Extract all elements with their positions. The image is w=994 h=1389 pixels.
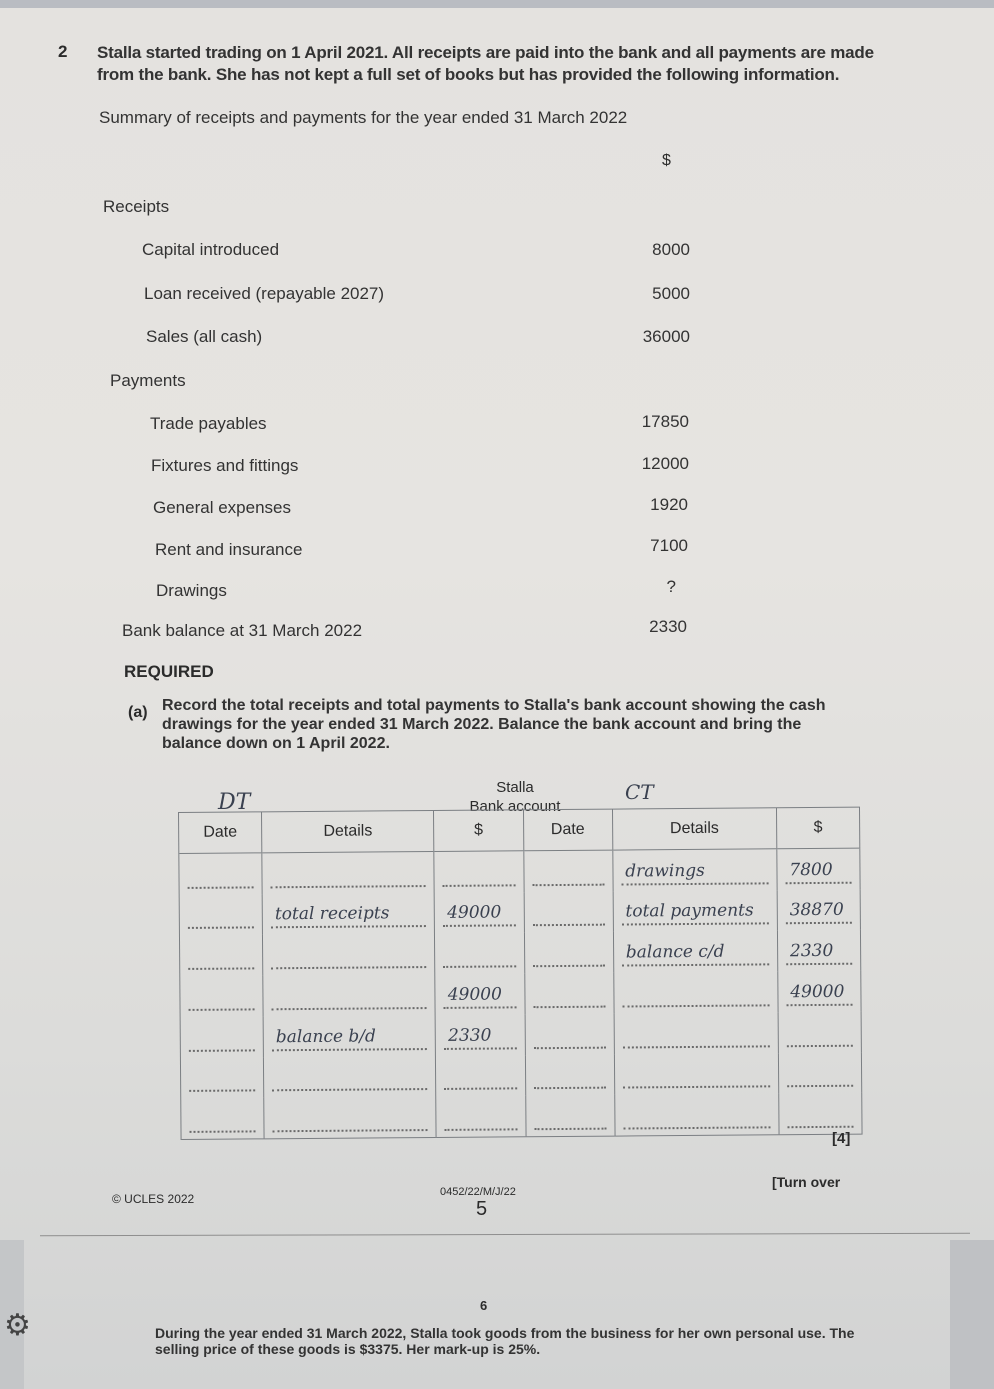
- debit-amount-cell[interactable]: [436, 1095, 525, 1137]
- marks-label: [4]: [832, 1130, 850, 1147]
- debit-details-entry: total receipts: [275, 904, 390, 925]
- debit-details-cell[interactable]: [264, 1096, 437, 1139]
- debit-details-cell[interactable]: balance b/d: [263, 1015, 436, 1057]
- credit-amount-entry: 49000: [790, 982, 844, 1002]
- dotted-answer-line: [533, 1024, 605, 1049]
- header-debit-details: Details: [262, 810, 435, 852]
- dotted-answer-line: 2330: [786, 941, 852, 966]
- receipt-label: Loan received (repayable 2027): [144, 284, 384, 304]
- dotted-answer-line: [443, 862, 515, 887]
- dotted-answer-line: 7800: [785, 859, 851, 884]
- payments-heading: Payments: [110, 371, 186, 391]
- payment-label: Rent and insurance: [155, 540, 302, 560]
- credit-details-cell[interactable]: [614, 1093, 778, 1136]
- dotted-answer-line: [187, 864, 253, 889]
- debit-date-cell[interactable]: [179, 935, 262, 976]
- payment-label: Drawings: [156, 581, 227, 601]
- ledger-row: drawings7800: [179, 848, 860, 895]
- dotted-answer-line: 49000: [786, 982, 852, 1007]
- header-credit-date: Date: [523, 809, 612, 851]
- payment-value: 7100: [598, 536, 688, 556]
- dotted-answer-line: [271, 985, 426, 1010]
- credit-date-cell[interactable]: [524, 891, 613, 932]
- credit-amount-entry: 2330: [790, 941, 833, 961]
- dotted-answer-line: [533, 943, 605, 968]
- part-a-text: Record the total receipts and total paym…: [162, 696, 862, 753]
- credit-date-cell[interactable]: [525, 1095, 614, 1137]
- credit-amount-cell[interactable]: [778, 1011, 861, 1052]
- payment-label: General expenses: [153, 498, 291, 518]
- credit-amount-cell[interactable]: 49000: [778, 971, 861, 1012]
- ledger-row: [180, 1052, 861, 1098]
- question-number: 2: [58, 42, 67, 62]
- credit-date-cell[interactable]: [523, 850, 612, 892]
- receipt-value: 36000: [600, 327, 690, 347]
- dotted-answer-line: total payments: [621, 901, 768, 926]
- debit-details-cell[interactable]: [264, 1055, 437, 1097]
- dotted-answer-line: [271, 944, 426, 969]
- receipt-value: 8000: [600, 240, 690, 260]
- credit-amount-cell[interactable]: 38870: [777, 889, 860, 930]
- credit-details-cell[interactable]: drawings: [613, 849, 777, 892]
- debit-amount-entry: 49000: [447, 903, 501, 923]
- dotted-answer-line: [787, 1063, 853, 1088]
- credit-details-entry: total payments: [625, 901, 753, 922]
- header-debit-date: Date: [179, 812, 262, 854]
- question-intro: Stalla started trading on 1 April 2021. …: [97, 42, 887, 86]
- debit-date-cell[interactable]: [179, 894, 262, 935]
- dotted-answer-line: balance b/d: [272, 1026, 427, 1051]
- summary-title: Summary of receipts and payments for the…: [99, 108, 627, 128]
- debit-amount-cell[interactable]: 2330: [435, 1014, 524, 1055]
- credit-details-entry: drawings: [625, 861, 705, 882]
- header-debit-amount: $: [434, 810, 523, 852]
- dotted-answer-line: [272, 1066, 427, 1091]
- copyright: © UCLES 2022: [112, 1192, 194, 1206]
- dotted-answer-line: [444, 1066, 516, 1091]
- payment-value: 1920: [598, 495, 688, 515]
- debit-details-entry: balance b/d: [276, 1026, 376, 1047]
- bank-balance-value: 2330: [597, 617, 687, 637]
- next-page-text: During the year ended 31 March 2022, Sta…: [155, 1325, 875, 1357]
- debit-date-cell[interactable]: [180, 975, 263, 1016]
- credit-amount-entry: 7800: [789, 860, 832, 880]
- bank-account-ledger: Date Details $ Date Details $ drawings78…: [178, 807, 863, 1140]
- credit-details-cell[interactable]: [613, 971, 777, 1013]
- debit-amount-cell[interactable]: [436, 1055, 525, 1096]
- ledger-owner: Stalla: [440, 778, 590, 797]
- payment-value: ?: [586, 577, 676, 597]
- dotted-answer-line: [188, 905, 254, 930]
- dotted-answer-line: [622, 982, 769, 1007]
- debit-details-cell[interactable]: [263, 974, 436, 1016]
- payment-value: 17850: [599, 412, 689, 432]
- dotted-answer-line: balance c/d: [622, 941, 769, 966]
- dotted-answer-line: [622, 1023, 769, 1048]
- payment-value: 12000: [599, 454, 689, 474]
- ledger-row: total receipts49000total payments38870: [179, 889, 860, 935]
- header-credit-details: Details: [612, 808, 776, 850]
- dotted-answer-line: [188, 946, 254, 971]
- dotted-answer-line: total receipts: [271, 903, 426, 928]
- debit-details-cell[interactable]: [263, 933, 436, 975]
- credit-amount-cell[interactable]: 2330: [777, 930, 860, 971]
- dotted-answer-line: [445, 1106, 517, 1131]
- credit-amount-cell[interactable]: [778, 1052, 861, 1093]
- credit-date-cell[interactable]: [524, 973, 613, 1014]
- top-strip: [0, 0, 994, 8]
- credit-amount-entry: 38870: [790, 900, 844, 920]
- bank-balance-label: Bank balance at 31 March 2022: [122, 621, 362, 641]
- dotted-answer-line: [188, 986, 254, 1011]
- dotted-answer-line: [787, 1104, 853, 1129]
- dotted-answer-line: 38870: [786, 900, 852, 925]
- dotted-answer-line: drawings: [621, 860, 768, 885]
- dotted-answer-line: [189, 1108, 255, 1133]
- receipts-heading: Receipts: [103, 197, 169, 217]
- receipt-label: Sales (all cash): [146, 327, 262, 347]
- page-divider: [40, 1233, 970, 1236]
- debit-amount-cell[interactable]: [435, 933, 524, 974]
- page-number: 5: [476, 1198, 487, 1221]
- dotted-answer-line: [623, 1104, 770, 1129]
- dotted-answer-line: [443, 943, 515, 968]
- turn-over-label: [Turn over: [772, 1174, 840, 1190]
- gear-icon[interactable]: ⚙: [4, 1308, 31, 1343]
- dotted-answer-line: [189, 1027, 255, 1052]
- debit-date-cell[interactable]: [179, 853, 262, 895]
- credit-date-cell[interactable]: [524, 932, 613, 973]
- dotted-answer-line: [787, 1022, 853, 1047]
- debit-date-cell[interactable]: [180, 1057, 263, 1098]
- debit-amount-entry: 49000: [448, 984, 502, 1004]
- credit-amount-cell[interactable]: 7800: [777, 848, 860, 890]
- part-a-label: (a): [128, 704, 148, 722]
- debit-amount-cell[interactable]: 49000: [435, 892, 524, 933]
- credit-date-cell[interactable]: [525, 1013, 614, 1054]
- required-heading: REQUIRED: [124, 662, 214, 682]
- dotted-answer-line: [271, 863, 426, 888]
- debit-amount-cell[interactable]: 49000: [435, 973, 524, 1014]
- next-page-number: 6: [480, 1298, 487, 1313]
- credit-details-cell[interactable]: balance c/d: [613, 931, 777, 973]
- debit-details-cell[interactable]: total receipts: [262, 893, 435, 935]
- dotted-answer-line: [623, 1064, 770, 1089]
- credit-details-cell[interactable]: [614, 1053, 778, 1095]
- credit-amount-cell[interactable]: [779, 1093, 862, 1135]
- credit-date-cell[interactable]: [525, 1054, 614, 1095]
- credit-details-cell[interactable]: total payments: [613, 890, 777, 932]
- credit-details-entry: balance c/d: [626, 942, 725, 963]
- dotted-answer-line: [534, 1106, 606, 1131]
- ledger-row: balance c/d2330: [179, 930, 860, 976]
- right-edge: [950, 1240, 994, 1389]
- dotted-answer-line: [532, 861, 604, 886]
- ledger-row: balance b/d2330: [180, 1011, 861, 1057]
- debit-amount-cell[interactable]: [434, 851, 523, 893]
- credit-details-cell[interactable]: [614, 1012, 778, 1054]
- payment-label: Fixtures and fittings: [151, 456, 298, 476]
- receipt-value: 5000: [600, 284, 690, 304]
- dotted-answer-line: 2330: [444, 1025, 516, 1050]
- currency-header: $: [662, 152, 671, 170]
- header-credit-amount: $: [776, 807, 859, 849]
- dotted-answer-line: [534, 1065, 606, 1090]
- debit-details-cell[interactable]: [262, 851, 435, 894]
- ledger-row: 4900049000: [180, 971, 861, 1017]
- debit-amount-entry: 2330: [448, 1025, 491, 1045]
- dotted-answer-line: [189, 1068, 255, 1093]
- receipt-label: Capital introduced: [142, 240, 279, 260]
- debit-date-cell[interactable]: [180, 1016, 263, 1057]
- ledger-row: [181, 1093, 862, 1140]
- paper-code: 0452/22/M/J/22: [440, 1186, 516, 1198]
- dotted-answer-line: [532, 902, 604, 927]
- dotted-answer-line: 49000: [444, 984, 516, 1009]
- dotted-answer-line: 49000: [443, 903, 515, 928]
- handwritten-credit-mark: CT: [625, 780, 654, 804]
- dotted-answer-line: [533, 983, 605, 1008]
- debit-date-cell[interactable]: [181, 1098, 264, 1140]
- payment-label: Trade payables: [150, 414, 267, 434]
- dotted-answer-line: [272, 1107, 427, 1132]
